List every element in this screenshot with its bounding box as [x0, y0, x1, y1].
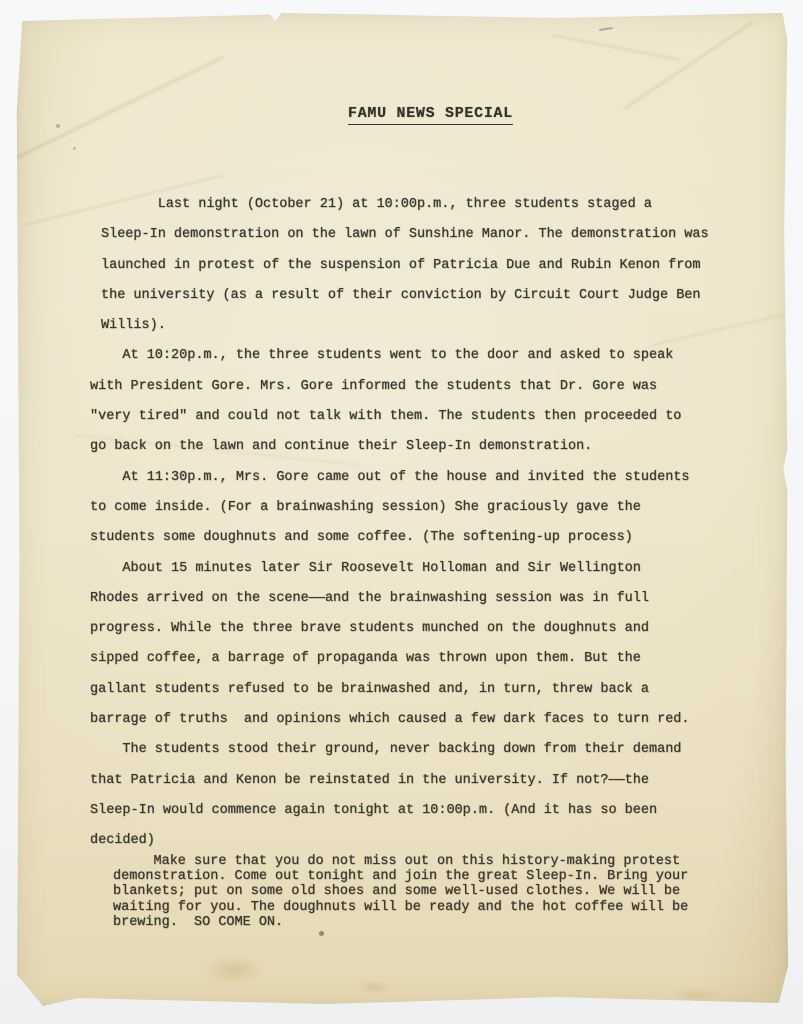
- paper-speck: [73, 147, 76, 150]
- text-line: Rhodes arrived on the scene——and the bra…: [90, 584, 750, 614]
- scanner-background: FAMU NEWS SPECIAL Last night (October 21…: [0, 0, 803, 1024]
- text-line: The students stood their ground, never b…: [90, 735, 750, 765]
- text-line: Sleep-In demonstration on the lawn of Su…: [101, 220, 750, 250]
- text-line: demonstration. Come out tonight and join…: [113, 869, 688, 884]
- text-line: blankets; put on some old shoes and some…: [113, 884, 688, 899]
- fold-crease: [10, 56, 225, 162]
- text-line: About 15 minutes later Sir Roosevelt Hol…: [90, 554, 750, 584]
- text-line: Willis).: [101, 311, 750, 341]
- text-line: Make sure that you do not miss out on th…: [113, 854, 688, 869]
- text-line: progress. While the three brave students…: [90, 614, 750, 644]
- paper-speck: [319, 931, 324, 936]
- text-line: go back on the lawn and continue their S…: [90, 432, 750, 462]
- paragraph: Make sure that you do not miss out on th…: [113, 854, 688, 930]
- paragraph: Last night (October 21) at 10:00p.m., th…: [101, 190, 750, 341]
- text-line: barrage of truths and opinions which cau…: [90, 705, 750, 735]
- fold-crease: [623, 21, 753, 109]
- text-line: Sleep-In would commence again tonight at…: [90, 796, 750, 826]
- paragraph: At 10:20p.m., the three students went to…: [90, 341, 750, 462]
- fold-crease: [552, 34, 680, 61]
- text-line: to come inside. (For a brainwashing sess…: [90, 493, 750, 523]
- paper-stain: [671, 987, 721, 1003]
- paper-stain: [202, 955, 266, 985]
- text-line: At 10:20p.m., the three students went to…: [90, 341, 750, 371]
- document-body: Last night (October 21) at 10:00p.m., th…: [90, 190, 750, 857]
- text-line: At 11:30p.m., Mrs. Gore came out of the …: [90, 463, 750, 493]
- text-line: with President Gore. Mrs. Gore informed …: [90, 372, 750, 402]
- text-line: that Patricia and Kenon be reinstated in…: [90, 766, 750, 796]
- text-line: gallant students refused to be brainwash…: [90, 675, 750, 705]
- paragraph: About 15 minutes later Sir Roosevelt Hol…: [90, 554, 750, 736]
- text-line: waiting for you. The doughnuts will be r…: [113, 900, 688, 915]
- document-title: FAMU NEWS SPECIAL: [348, 105, 513, 125]
- text-line: the university (as a result of their con…: [101, 281, 750, 311]
- paper-sheet: FAMU NEWS SPECIAL Last night (October 21…: [16, 12, 788, 1006]
- text-line: brewing. SO COME ON.: [113, 915, 688, 930]
- pencil-mark: [599, 27, 613, 31]
- text-line: students some doughnuts and some coffee.…: [90, 523, 750, 553]
- paragraph: At 11:30p.m., Mrs. Gore came out of the …: [90, 463, 750, 554]
- text-line: decided): [90, 826, 750, 856]
- paper-stain: [356, 980, 392, 994]
- paper-speck: [56, 124, 60, 128]
- text-line: Last night (October 21) at 10:00p.m., th…: [101, 190, 750, 220]
- paragraph: The students stood their ground, never b…: [90, 735, 750, 856]
- text-line: launched in protest of the suspension of…: [101, 251, 750, 281]
- text-line: "very tired" and could not talk with the…: [90, 402, 750, 432]
- text-line: sipped coffee, a barrage of propaganda w…: [90, 644, 750, 674]
